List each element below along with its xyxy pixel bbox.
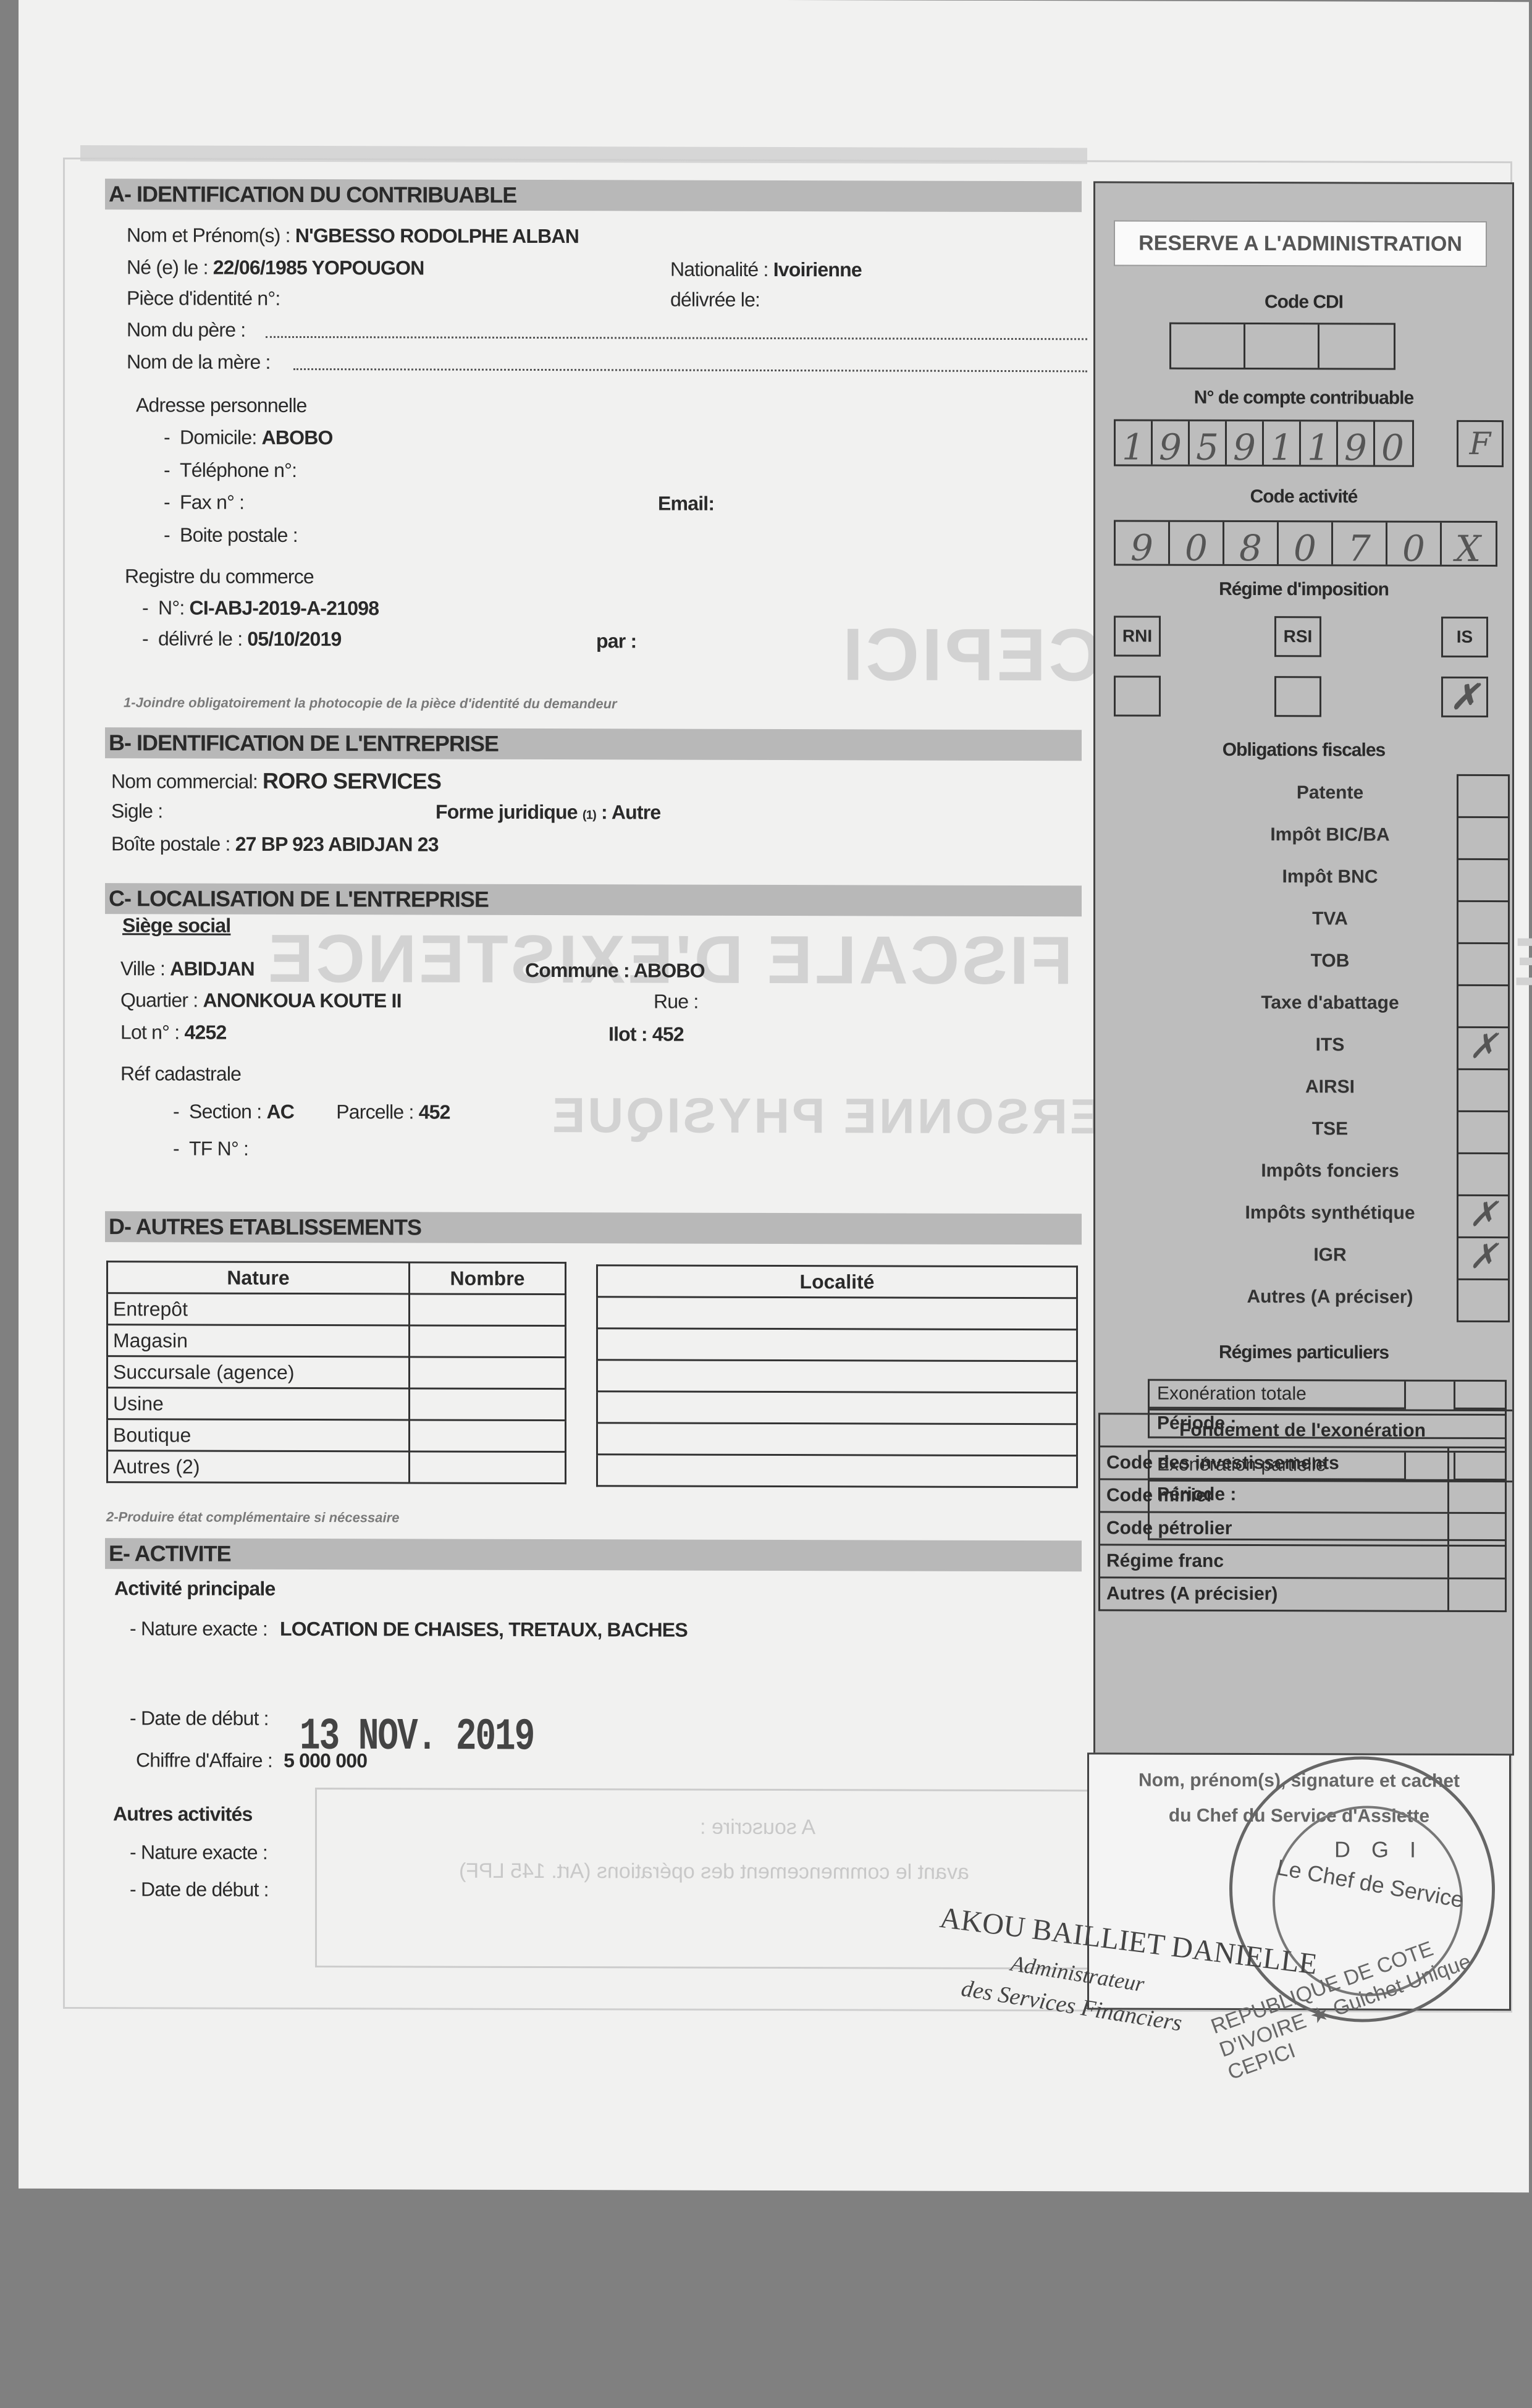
nature-cell: Autres (2) [107, 1451, 410, 1483]
obligation-label: AIRSI [1219, 1076, 1441, 1098]
nationalite-value: Ivoirienne [773, 258, 862, 281]
localite-table: Localité [596, 1264, 1078, 1488]
table-row: Magasin [107, 1325, 566, 1358]
table-row: Usine [107, 1388, 566, 1421]
lot-label: Lot n° : [120, 1021, 179, 1043]
digit-box[interactable] [1171, 324, 1245, 368]
fondement-table: Fondement de l'exonérationCode des inves… [1098, 1413, 1507, 1612]
digit-box[interactable]: 1 [1264, 421, 1301, 465]
commune-label: Commune : [525, 959, 629, 981]
header-nature: Nature [107, 1262, 410, 1294]
code-activite-label: Code activité [1095, 486, 1512, 508]
section-parcelle-row: - Section : AC Parcelle : 452 [173, 1100, 450, 1123]
nom-label: Nom et Prénom(s) : [127, 224, 290, 247]
rc-num-label: N°: [158, 596, 184, 619]
section-b-header: B- IDENTIFICATION DE L'ENTREPRISE [105, 727, 1082, 761]
fondement-label: Autres (A précisier) [1106, 1583, 1277, 1604]
scanner-background [0, 2194, 1532, 2408]
digit-box[interactable]: 5 [1190, 421, 1227, 465]
stamp-dgi: D G I [1334, 1836, 1423, 1862]
nombre-cell[interactable] [410, 1451, 566, 1484]
nature-cell: Usine [107, 1388, 410, 1420]
table-row: Boutique [107, 1419, 566, 1452]
forme-value: Autre [612, 801, 661, 823]
regimes-particuliers-label: Régimes particuliers [1095, 1341, 1512, 1364]
header-nombre: Nombre [410, 1262, 566, 1295]
table-row: Succursale (agence) [107, 1356, 566, 1389]
nationalite-row: Nationalité : Ivoirienne [670, 258, 862, 282]
nom-commercial-value: RORO SERVICES [263, 768, 441, 794]
digit-box[interactable]: 0 [1387, 523, 1442, 565]
autres-activites-label: Autres activités [113, 1802, 253, 1826]
digit-box[interactable]: X [1442, 523, 1494, 565]
forme-ref: (1) [583, 808, 596, 822]
regime-is-label: IS [1441, 617, 1488, 657]
digit-box[interactable]: 0 [1170, 522, 1224, 564]
fondement-label: Code pétrolier [1106, 1518, 1232, 1539]
nature-label: - Nature exacte : [130, 1617, 267, 1640]
etablissements-table: Nature Nombre EntrepôtMagasinSuccursale … [106, 1261, 566, 1484]
ville-row: Ville : ABIDJAN [120, 957, 255, 981]
digit-box[interactable]: 9 [1116, 522, 1170, 564]
fondement-checkbox[interactable] [1447, 1547, 1505, 1578]
par-label: par : [596, 630, 636, 653]
digit-box[interactable] [1245, 324, 1319, 368]
watermark-cepici: CEPICI [840, 612, 1102, 698]
ilot-value: 452 [652, 1023, 684, 1045]
localite-cell[interactable] [597, 1392, 1077, 1424]
ca-label: Chiffre d'Affaire : [136, 1749, 272, 1772]
pere-label: Nom du père : [127, 318, 245, 342]
autres-nature-label: - Nature exacte : [130, 1841, 267, 1864]
piece-identite-label: Pièce d'identité n°: [127, 287, 280, 310]
cadastre-label: Réf cadastrale [120, 1062, 241, 1086]
nature-cell: Magasin [107, 1325, 410, 1357]
digit-box[interactable] [1319, 324, 1392, 368]
regime-rsi-label: RSI [1274, 616, 1321, 657]
commune-row: Commune : ABOBO [525, 959, 705, 982]
forme-row: Forme juridique (1) : Autre [436, 801, 660, 824]
compte-boxes[interactable]: 19591190 [1114, 419, 1414, 467]
tf-label: TF N° : [189, 1138, 248, 1160]
telephone-row: - Téléphone n°: [164, 458, 297, 482]
lot-row: Lot n° : 4252 [120, 1021, 226, 1044]
quartier-row: Quartier : ANONKOUA KOUTE II [120, 989, 402, 1012]
nombre-cell[interactable] [410, 1357, 566, 1389]
regime-rsi-checkbox[interactable] [1274, 676, 1321, 717]
nationalite-label: Nationalité : [670, 258, 768, 281]
admin-panel: RESERVE A L'ADMINISTRATION Code CDI N° d… [1093, 181, 1514, 1755]
fondement-label: Code des investissements [1106, 1452, 1339, 1473]
boite-b-label: Boîte postale : [111, 832, 230, 855]
obligation-label: Impôt BNC [1219, 866, 1441, 888]
obligation-label: Autres (A préciser) [1219, 1286, 1441, 1308]
nom-prenom-row: Nom et Prénom(s) : N'GBESSO RODOLPHE ALB… [127, 224, 579, 248]
obligation-checkbox[interactable] [1458, 1070, 1508, 1112]
fax-row: - Fax n° : [164, 491, 244, 513]
fondement-label: Code minier [1106, 1485, 1213, 1505]
section-label: Section : [189, 1100, 261, 1123]
mere-label: Nom de la mère : [127, 350, 271, 374]
commune-value: ABOBO [634, 959, 705, 981]
ghost-box: A souscrire : avant le commencement des … [315, 1788, 1091, 1969]
regime-rni-checkbox[interactable] [1114, 675, 1161, 716]
rc-date-label: délivré le : [158, 627, 242, 649]
compte-key-box[interactable]: F [1457, 420, 1504, 467]
nature-cell: Succursale (agence) [107, 1356, 410, 1388]
naissance-row: Né (e) le : 22/06/1985 YOPOUGON [127, 256, 424, 279]
nature-cell: Boutique [107, 1419, 410, 1451]
fax-label: Fax n° : [180, 491, 244, 513]
localite-cell[interactable] [597, 1455, 1077, 1487]
section-d-header: D- AUTRES ETABLISSEMENTS [105, 1211, 1082, 1244]
rc-num-row: - N°: CI-ABJ-2019-A-21098 [142, 596, 379, 620]
nombre-cell[interactable] [410, 1325, 566, 1358]
compte-label: N° de compte contribuable [1095, 387, 1512, 409]
ilot-row: Ilot : 452 [608, 1023, 684, 1046]
date-debut-label: - Date de début : [130, 1707, 269, 1730]
digit-box[interactable]: 1 [1116, 421, 1153, 464]
ilot-label: Ilot : [608, 1023, 647, 1045]
tf-row: - TF N° : [173, 1137, 248, 1160]
fondement-row: Code pétrolier [1100, 1513, 1505, 1547]
ghost-text-1: A souscrire : [700, 1815, 815, 1840]
obligations-label: Obligations fiscales [1095, 739, 1512, 761]
registre-label: Registre du commerce [125, 565, 314, 588]
rc-date-value: 05/10/2019 [247, 628, 341, 650]
obligation-checkbox[interactable] [1458, 902, 1508, 944]
digit-box[interactable]: 1 [1301, 421, 1338, 465]
digit-box[interactable]: 0 [1375, 422, 1410, 465]
obligation-label: Impôts synthétique [1219, 1202, 1441, 1224]
note-2: 2-Produire état complémentaire si nécess… [106, 1509, 399, 1526]
fondement-checkbox[interactable] [1447, 1481, 1505, 1512]
table-row [597, 1455, 1077, 1487]
table-row [597, 1423, 1077, 1456]
obligation-checkbox[interactable]: ✗ [1458, 1028, 1508, 1070]
quartier-value: ANONKOUA KOUTE II [203, 989, 401, 1012]
regime-is-checkbox[interactable]: ✗ [1441, 677, 1488, 717]
nature-value: LOCATION DE CHAISES, TRETAUX, BACHES [280, 1618, 688, 1641]
ville-value: ABIDJAN [170, 957, 255, 979]
compte-key: F [1458, 422, 1502, 465]
ca-value: 5 000 000 [284, 1749, 367, 1772]
rc-num-value: CI-ABJ-2019-A-21098 [190, 597, 379, 620]
digit-box[interactable]: 9 [1338, 421, 1375, 465]
email-label: Email: [658, 492, 714, 515]
fondement-row: Code minier [1100, 1480, 1505, 1514]
boite-b-value: 27 BP 923 ABIDJAN 23 [235, 833, 439, 856]
obligation-label: ITS [1219, 1034, 1441, 1056]
localite-cell[interactable] [597, 1329, 1077, 1361]
fondement-row: Code des investissements [1100, 1447, 1505, 1481]
forme-label: Forme juridique [436, 801, 578, 824]
obligation-label: TOB [1219, 950, 1441, 972]
autres-date-label: - Date de début : [130, 1878, 269, 1901]
nombre-cell[interactable] [410, 1388, 566, 1421]
localite-cell[interactable] [597, 1423, 1077, 1456]
ville-label: Ville : [120, 957, 165, 979]
fondement-row: Régime franc [1100, 1545, 1505, 1579]
table-row [597, 1392, 1077, 1424]
localite-cell[interactable] [597, 1360, 1077, 1393]
table-row [597, 1329, 1077, 1361]
obligation-checkbox[interactable] [1458, 1112, 1508, 1154]
code-activite-boxes[interactable]: 908070X [1114, 520, 1497, 567]
domicile-row: - Domicile: ABOBO [164, 426, 333, 449]
digit-box[interactable]: 9 [1153, 421, 1190, 465]
localite-cell[interactable] [597, 1297, 1077, 1330]
domicile-label: Domicile: [180, 426, 256, 448]
nature-cell: Entrepôt [107, 1293, 410, 1325]
rc-date-row: - délivré le : 05/10/2019 [142, 627, 342, 651]
boite-b-row: Boîte postale : 27 BP 923 ABIDJAN 23 [111, 832, 439, 856]
document-page: DECLARATION FISCALE D'EXISTENCE PERSONNE… [19, 0, 1529, 2192]
digit-box[interactable]: 0 [1279, 522, 1333, 564]
obligation-checkbox[interactable] [1458, 986, 1508, 1028]
digit-box[interactable]: 9 [1227, 421, 1264, 465]
exo-totale-checkbox[interactable] [1454, 1382, 1505, 1409]
note-1: 1-Joindre obligatoirement la photocopie … [124, 695, 617, 712]
fondement-checkbox[interactable] [1447, 1514, 1505, 1545]
activite-principale-label: Activité principale [114, 1577, 275, 1600]
obligation-checkbox[interactable] [1458, 1154, 1508, 1196]
nom-value: N'GBESSO RODOLPHE ALBAN [295, 224, 579, 247]
section-c-header: C- LOCALISATION DE L'ENTREPRISE [105, 883, 1082, 916]
obligation-checkbox[interactable] [1458, 776, 1508, 818]
ghost-text-2: avant le commencement des opérations (Ar… [459, 1859, 969, 1885]
ca-row: Chiffre d'Affaire : 5 000 000 [136, 1749, 367, 1772]
table-row [597, 1297, 1077, 1330]
ne-value: 22/06/1985 YOPOUGON [213, 256, 424, 279]
obligation-label: Taxe d'abattage [1219, 992, 1441, 1014]
nature-row: - Nature exacte : LOCATION DE CHAISES, T… [130, 1617, 688, 1641]
section-a-header: A- IDENTIFICATION DU CONTRIBUABLE [105, 179, 1082, 212]
telephone-label: Téléphone n°: [180, 458, 297, 481]
table-row: Entrepôt [107, 1293, 566, 1326]
digit-box[interactable]: 7 [1333, 522, 1387, 564]
nombre-cell[interactable] [410, 1294, 566, 1326]
fondement-label: Régime franc [1106, 1550, 1224, 1571]
table-row [597, 1360, 1077, 1393]
quartier-label: Quartier : [120, 989, 198, 1011]
obligation-checkbox[interactable] [1458, 944, 1508, 986]
obligation-checkbox[interactable]: ✗ [1458, 1196, 1508, 1238]
obligations-checkbox-column: ✗✗✗ [1457, 774, 1510, 1322]
obligation-checkbox[interactable] [1458, 818, 1508, 860]
header-localite: Localité [597, 1265, 1077, 1298]
obligation-label: TSE [1219, 1118, 1441, 1140]
lot-value: 4252 [184, 1021, 226, 1044]
admin-title: RESERVE A L'ADMINISTRATION [1114, 220, 1487, 267]
section-e-header: E- ACTIVITE [105, 1538, 1082, 1571]
table-row: Autres (2) [107, 1451, 566, 1484]
boite-label: Boite postale : [180, 523, 298, 546]
adresse-label: Adresse personnelle [136, 394, 307, 417]
regime-rni-label: RNI [1114, 615, 1161, 656]
exo-totale-label: Exonération totale [1150, 1381, 1406, 1409]
section-value: AC [266, 1100, 294, 1123]
ne-label: Né (e) le : [127, 256, 208, 278]
regime-label: Régime d'imposition [1095, 578, 1512, 601]
obligation-checkbox[interactable] [1458, 860, 1508, 902]
digit-box[interactable]: 8 [1224, 522, 1279, 564]
obligation-label: TVA [1219, 908, 1441, 930]
domicile-value: ABOBO [262, 426, 333, 449]
obligation-label: Impôt BIC/BA [1219, 824, 1441, 846]
nom-commercial-row: Nom commercial: RORO SERVICES [111, 767, 441, 794]
parcelle-value: 452 [419, 1100, 450, 1123]
delivree-label: délivrée le: [670, 289, 760, 311]
boite-row: - Boite postale : [164, 523, 298, 547]
obligation-label: Patente [1219, 782, 1441, 804]
sigle-label: Sigle : [111, 800, 162, 822]
obligation-checkbox[interactable] [1458, 1280, 1508, 1320]
fondement-header: Fondement de l'exonération [1100, 1414, 1505, 1448]
nombre-cell[interactable] [410, 1420, 566, 1452]
parcelle-label: Parcelle : [336, 1100, 413, 1123]
fondement-checkbox[interactable] [1447, 1579, 1505, 1610]
code-cdi-boxes[interactable] [1169, 323, 1395, 370]
obligation-label: Impôts fonciers [1219, 1160, 1441, 1182]
nom-commercial-label: Nom commercial: [111, 770, 258, 793]
watermark-personne: PERSONNE PHYSIQUE [550, 1087, 1138, 1145]
siege-label: Siège social [122, 914, 230, 937]
obligation-label: IGR [1219, 1244, 1441, 1266]
rue-label: Rue : [654, 990, 699, 1013]
fondement-row: Autres (A précisier) [1100, 1578, 1505, 1610]
fondement-checkbox[interactable] [1447, 1448, 1505, 1479]
code-cdi-label: Code CDI [1095, 291, 1512, 313]
obligation-checkbox[interactable]: ✗ [1458, 1238, 1508, 1280]
